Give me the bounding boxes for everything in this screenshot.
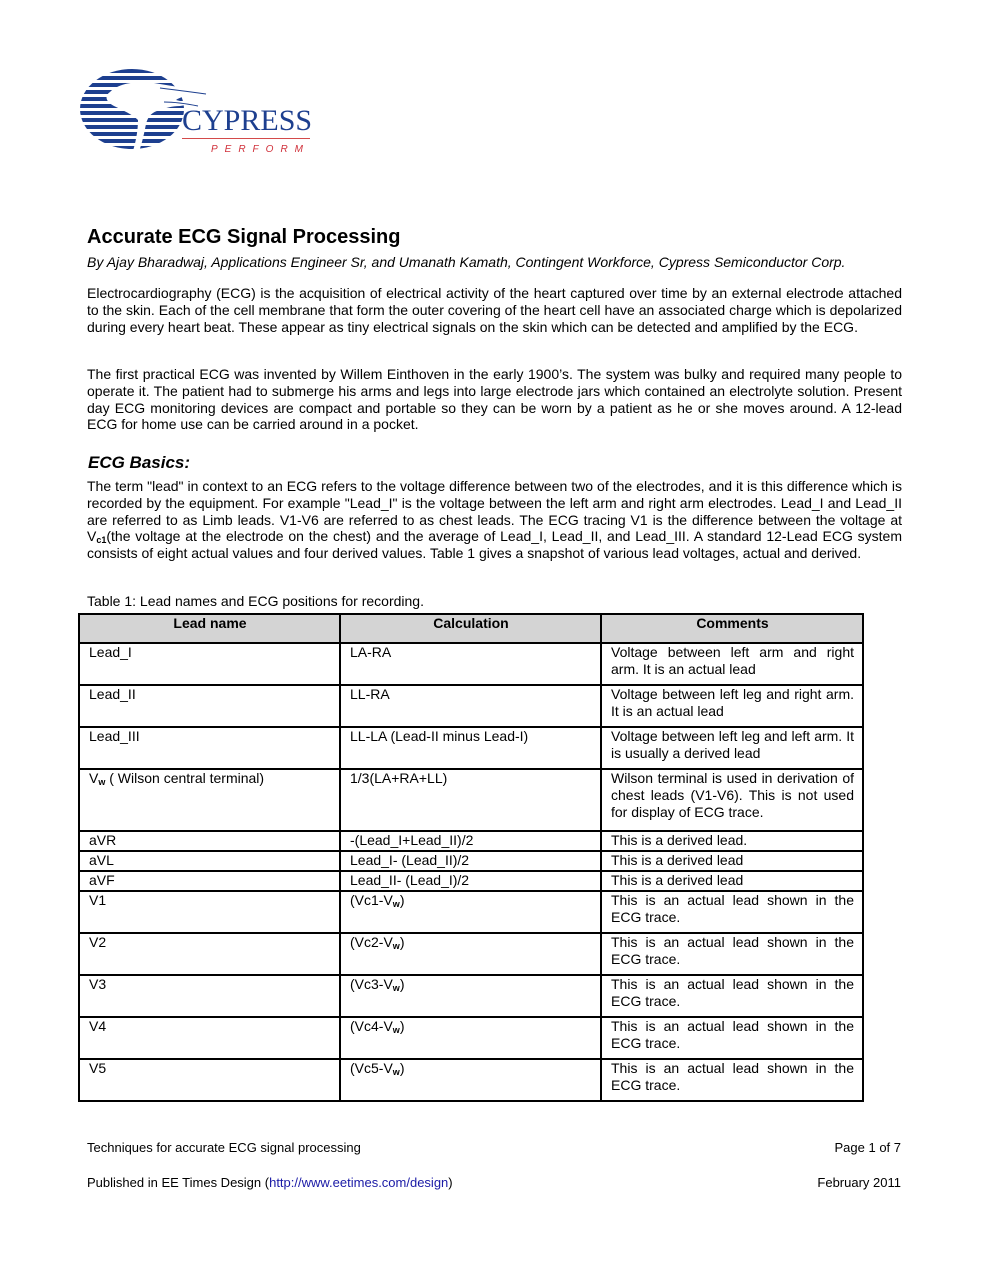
cell-lead-name: V3 [79, 975, 340, 1017]
calculation-rest: ) [400, 976, 405, 992]
footer-date: February 2011 [817, 1175, 901, 1191]
comment-text: This is an actual lead shown in the ECG … [611, 1060, 854, 1093]
calculation-text: -(Lead_I+Lead_II)/2 [350, 832, 473, 848]
comment-text: This is an actual lead shown in the ECG … [611, 892, 854, 925]
logo-tagline: PERFORM [211, 144, 310, 156]
cell-comment: Voltage between left arm and right arm. … [601, 643, 863, 685]
calculation-subscript: w [393, 899, 400, 909]
cell-calculation: -(Lead_I+Lead_II)/2 [340, 831, 601, 851]
calculation-text: (Vc5-V [350, 1060, 393, 1076]
lead-name-text: V4 [89, 1018, 106, 1034]
section-heading-ecg-basics: ECG Basics: [88, 452, 190, 474]
header-comments: Comments [601, 614, 863, 643]
comment-text: This is an actual lead shown in the ECG … [611, 976, 854, 1009]
comment-text: Voltage between left leg and right arm. … [611, 686, 854, 719]
cell-lead-name: aVR [79, 831, 340, 851]
cell-comment: This is an actual lead shown in the ECG … [601, 891, 863, 933]
cell-calculation: (Vc3-Vw) [340, 975, 601, 1017]
eetimes-link[interactable]: http://www.eetimes.com/design [269, 1175, 448, 1190]
lead-name-text: V1 [89, 892, 106, 908]
lead-name-text: V [89, 770, 98, 786]
calculation-text: (Vc4-V [350, 1018, 393, 1034]
cell-calculation: 1/3(LA+RA+LL) [340, 769, 601, 831]
comment-text: This is a derived lead. [611, 832, 747, 848]
comment-text: Voltage between left arm and right arm. … [611, 644, 854, 677]
cell-comment: This is an actual lead shown in the ECG … [601, 975, 863, 1017]
calculation-text: LA-RA [350, 644, 391, 660]
calculation-rest: ) [400, 892, 405, 908]
basics-subscript: c1 [96, 535, 106, 545]
comment-text: This is an actual lead shown in the ECG … [611, 934, 854, 967]
lead-name-text: V5 [89, 1060, 106, 1076]
cell-lead-name: Vw ( Wilson central terminal) [79, 769, 340, 831]
calculation-subscript: w [393, 1025, 400, 1035]
header-calculation: Calculation [340, 614, 601, 643]
published-prefix: Published in EE Times Design ( [87, 1175, 269, 1190]
published-suffix: ) [448, 1175, 452, 1190]
basics-text-part-2: (the voltage at the electrode on the che… [87, 528, 902, 561]
footer-page-number: Page 1 of 7 [835, 1140, 902, 1156]
comment-text: Wilson terminal is used in derivation of… [611, 770, 854, 820]
cell-lead-name: Lead_I [79, 643, 340, 685]
cell-calculation: Lead_II- (Lead_I)/2 [340, 871, 601, 891]
lead-name-text: aVR [89, 832, 116, 848]
cell-calculation: Lead_I- (Lead_II)/2 [340, 851, 601, 871]
calculation-rest: ) [400, 1018, 405, 1034]
cell-calculation: LL-LA (Lead-II minus Lead-I) [340, 727, 601, 769]
lead-name-text: Lead_I [89, 644, 132, 660]
lead-name-rest: ( Wilson central terminal) [105, 770, 264, 786]
cell-lead-name: Lead_III [79, 727, 340, 769]
table-row: Lead_ILA-RAVoltage between left arm and … [79, 643, 863, 685]
lead-name-text: V3 [89, 976, 106, 992]
table-row: Lead_IIILL-LA (Lead-II minus Lead-I)Volt… [79, 727, 863, 769]
calculation-rest: ) [400, 1060, 405, 1076]
calculation-text: 1/3(LA+RA+LL) [350, 770, 447, 786]
table-row: V4(Vc4-Vw)This is an actual lead shown i… [79, 1017, 863, 1059]
cell-comment: Voltage between left leg and left arm. I… [601, 727, 863, 769]
comment-text: This is an actual lead shown in the ECG … [611, 1018, 854, 1051]
cell-lead-name: V2 [79, 933, 340, 975]
header-lead-name: Lead name [79, 614, 340, 643]
table-row: Vw ( Wilson central terminal)1/3(LA+RA+L… [79, 769, 863, 831]
cell-calculation: LL-RA [340, 685, 601, 727]
footer-doc-title: Techniques for accurate ECG signal proce… [87, 1140, 361, 1156]
cell-lead-name: Lead_II [79, 685, 340, 727]
calculation-text: LL-RA [350, 686, 390, 702]
calculation-rest: ) [400, 934, 405, 950]
lead-name-text: aVL [89, 852, 114, 868]
cell-lead-name: V5 [79, 1059, 340, 1101]
basics-paragraph: The term "lead" in context to an ECG ref… [87, 478, 902, 562]
table-row: V3(Vc3-Vw)This is an actual lead shown i… [79, 975, 863, 1017]
intro-paragraph-1: Electrocardiography (ECG) is the acquisi… [87, 285, 902, 335]
lead-table: Lead name Calculation Comments Lead_ILA-… [78, 613, 864, 1102]
cell-calculation: (Vc1-Vw) [340, 891, 601, 933]
table-row: V5(Vc5-Vw)This is an actual lead shown i… [79, 1059, 863, 1101]
cell-calculation: (Vc5-Vw) [340, 1059, 601, 1101]
logo-divider [182, 138, 310, 139]
logo-brand-text: CYPRESS [182, 106, 312, 136]
calculation-subscript: w [393, 941, 400, 951]
cell-lead-name: V1 [79, 891, 340, 933]
cypress-logo: CYPRESS PERFORM [80, 64, 312, 160]
cell-comment: Voltage between left leg and right arm. … [601, 685, 863, 727]
cell-calculation: (Vc2-Vw) [340, 933, 601, 975]
table-row: aVR-(Lead_I+Lead_II)/2This is a derived … [79, 831, 863, 851]
calculation-text: (Vc2-V [350, 934, 393, 950]
cell-comment: This is a derived lead. [601, 831, 863, 851]
lead-name-text: Lead_II [89, 686, 136, 702]
table-body: Lead_ILA-RAVoltage between left arm and … [79, 643, 863, 1101]
cell-comment: This is an actual lead shown in the ECG … [601, 1059, 863, 1101]
footer-published: Published in EE Times Design (http://www… [87, 1175, 453, 1191]
cell-lead-name: V4 [79, 1017, 340, 1059]
article-byline: By Ajay Bharadwaj, Applications Engineer… [87, 253, 845, 271]
calculation-text: LL-LA (Lead-II minus Lead-I) [350, 728, 528, 744]
table-row: Lead_IILL-RAVoltage between left leg and… [79, 685, 863, 727]
cell-lead-name: aVF [79, 871, 340, 891]
table-row: aVLLead_I- (Lead_II)/2This is a derived … [79, 851, 863, 871]
cell-comment: Wilson terminal is used in derivation of… [601, 769, 863, 831]
comment-text: This is a derived lead [611, 872, 743, 888]
cell-comment: This is a derived lead [601, 851, 863, 871]
lead-name-text: Lead_III [89, 728, 140, 744]
article-title: Accurate ECG Signal Processing [87, 224, 400, 250]
cell-calculation: (Vc4-Vw) [340, 1017, 601, 1059]
lead-name-text: V2 [89, 934, 106, 950]
cell-calculation: LA-RA [340, 643, 601, 685]
calculation-text: (Vc3-V [350, 976, 393, 992]
table-row: aVFLead_II- (Lead_I)/2This is a derived … [79, 871, 863, 891]
calculation-text: Lead_I- (Lead_II)/2 [350, 852, 469, 868]
calculation-text: (Vc1-V [350, 892, 393, 908]
comment-text: This is a derived lead [611, 852, 743, 868]
calculation-subscript: w [393, 1067, 400, 1077]
cell-comment: This is an actual lead shown in the ECG … [601, 933, 863, 975]
calculation-subscript: w [393, 983, 400, 993]
table-header-row: Lead name Calculation Comments [79, 614, 863, 643]
calculation-text: Lead_II- (Lead_I)/2 [350, 872, 469, 888]
table-caption: Table 1: Lead names and ECG positions fo… [87, 592, 424, 610]
cell-comment: This is an actual lead shown in the ECG … [601, 1017, 863, 1059]
intro-paragraph-2: The first practical ECG was invented by … [87, 366, 902, 433]
lead-name-text: aVF [89, 872, 115, 888]
table-row: V1(Vc1-Vw)This is an actual lead shown i… [79, 891, 863, 933]
cell-lead-name: aVL [79, 851, 340, 871]
cell-comment: This is a derived lead [601, 871, 863, 891]
table-row: V2(Vc2-Vw)This is an actual lead shown i… [79, 933, 863, 975]
comment-text: Voltage between left leg and left arm. I… [611, 728, 854, 761]
